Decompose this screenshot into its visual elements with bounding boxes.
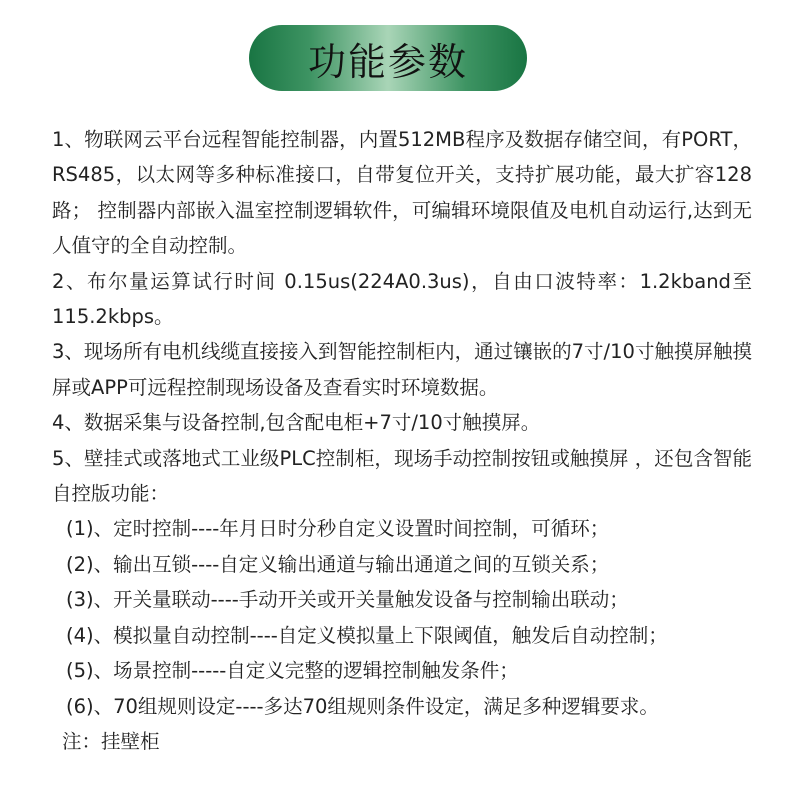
page-title: 功能参数 [308,31,468,86]
feature-item-2: 2、布尔量运算试行时间 0.15us(224A0.3us)，自由口波特率：1.2… [52,264,752,335]
feature-list: 1、物联网云平台远程智能控制器，内置512MB程序及数据存储空间，有PORT，R… [52,122,752,759]
feature-item-1: 1、物联网云平台远程智能控制器，内置512MB程序及数据存储空间，有PORT，R… [52,122,752,264]
sub-feature-scene-control: (5)、场景控制-----自定义完整的逻辑控制触发条件； [52,653,752,688]
sub-feature-analog-control: (4)、模拟量自动控制----自定义模拟量上下限阈值，触发后自动控制； [52,618,752,653]
feature-item-4: 4、数据采集与设备控制,包含配电柜+7寸/10寸触摸屏。 [52,405,752,440]
sub-feature-output-interlock: (2)、输出互锁----自定义输出通道与输出通道之间的互锁关系； [52,547,752,582]
note-text: 注：挂壁柜 [52,724,752,759]
feature-item-5: 5、壁挂式或落地式工业级PLC控制柜，现场手动控制按钮或触摸屏 ，还包含智能自控… [52,441,752,512]
sub-feature-rule-settings: (6)、70组规则设定----多达70组规则条件设定，满足多种逻辑要求。 [52,689,752,724]
title-banner: 功能参数 [249,25,527,91]
sub-feature-timer-control: (1)、定时控制----年月日时分秒自定义设置时间控制，可循环； [52,511,752,546]
feature-item-3: 3、现场所有电机线缆直接接入到智能控制柜内，通过镶嵌的7寸/10寸触摸屏触摸屏或… [52,334,752,405]
sub-feature-switch-linkage: (3)、开关量联动----手动开关或开关量触发设备与控制输出联动； [52,582,752,617]
